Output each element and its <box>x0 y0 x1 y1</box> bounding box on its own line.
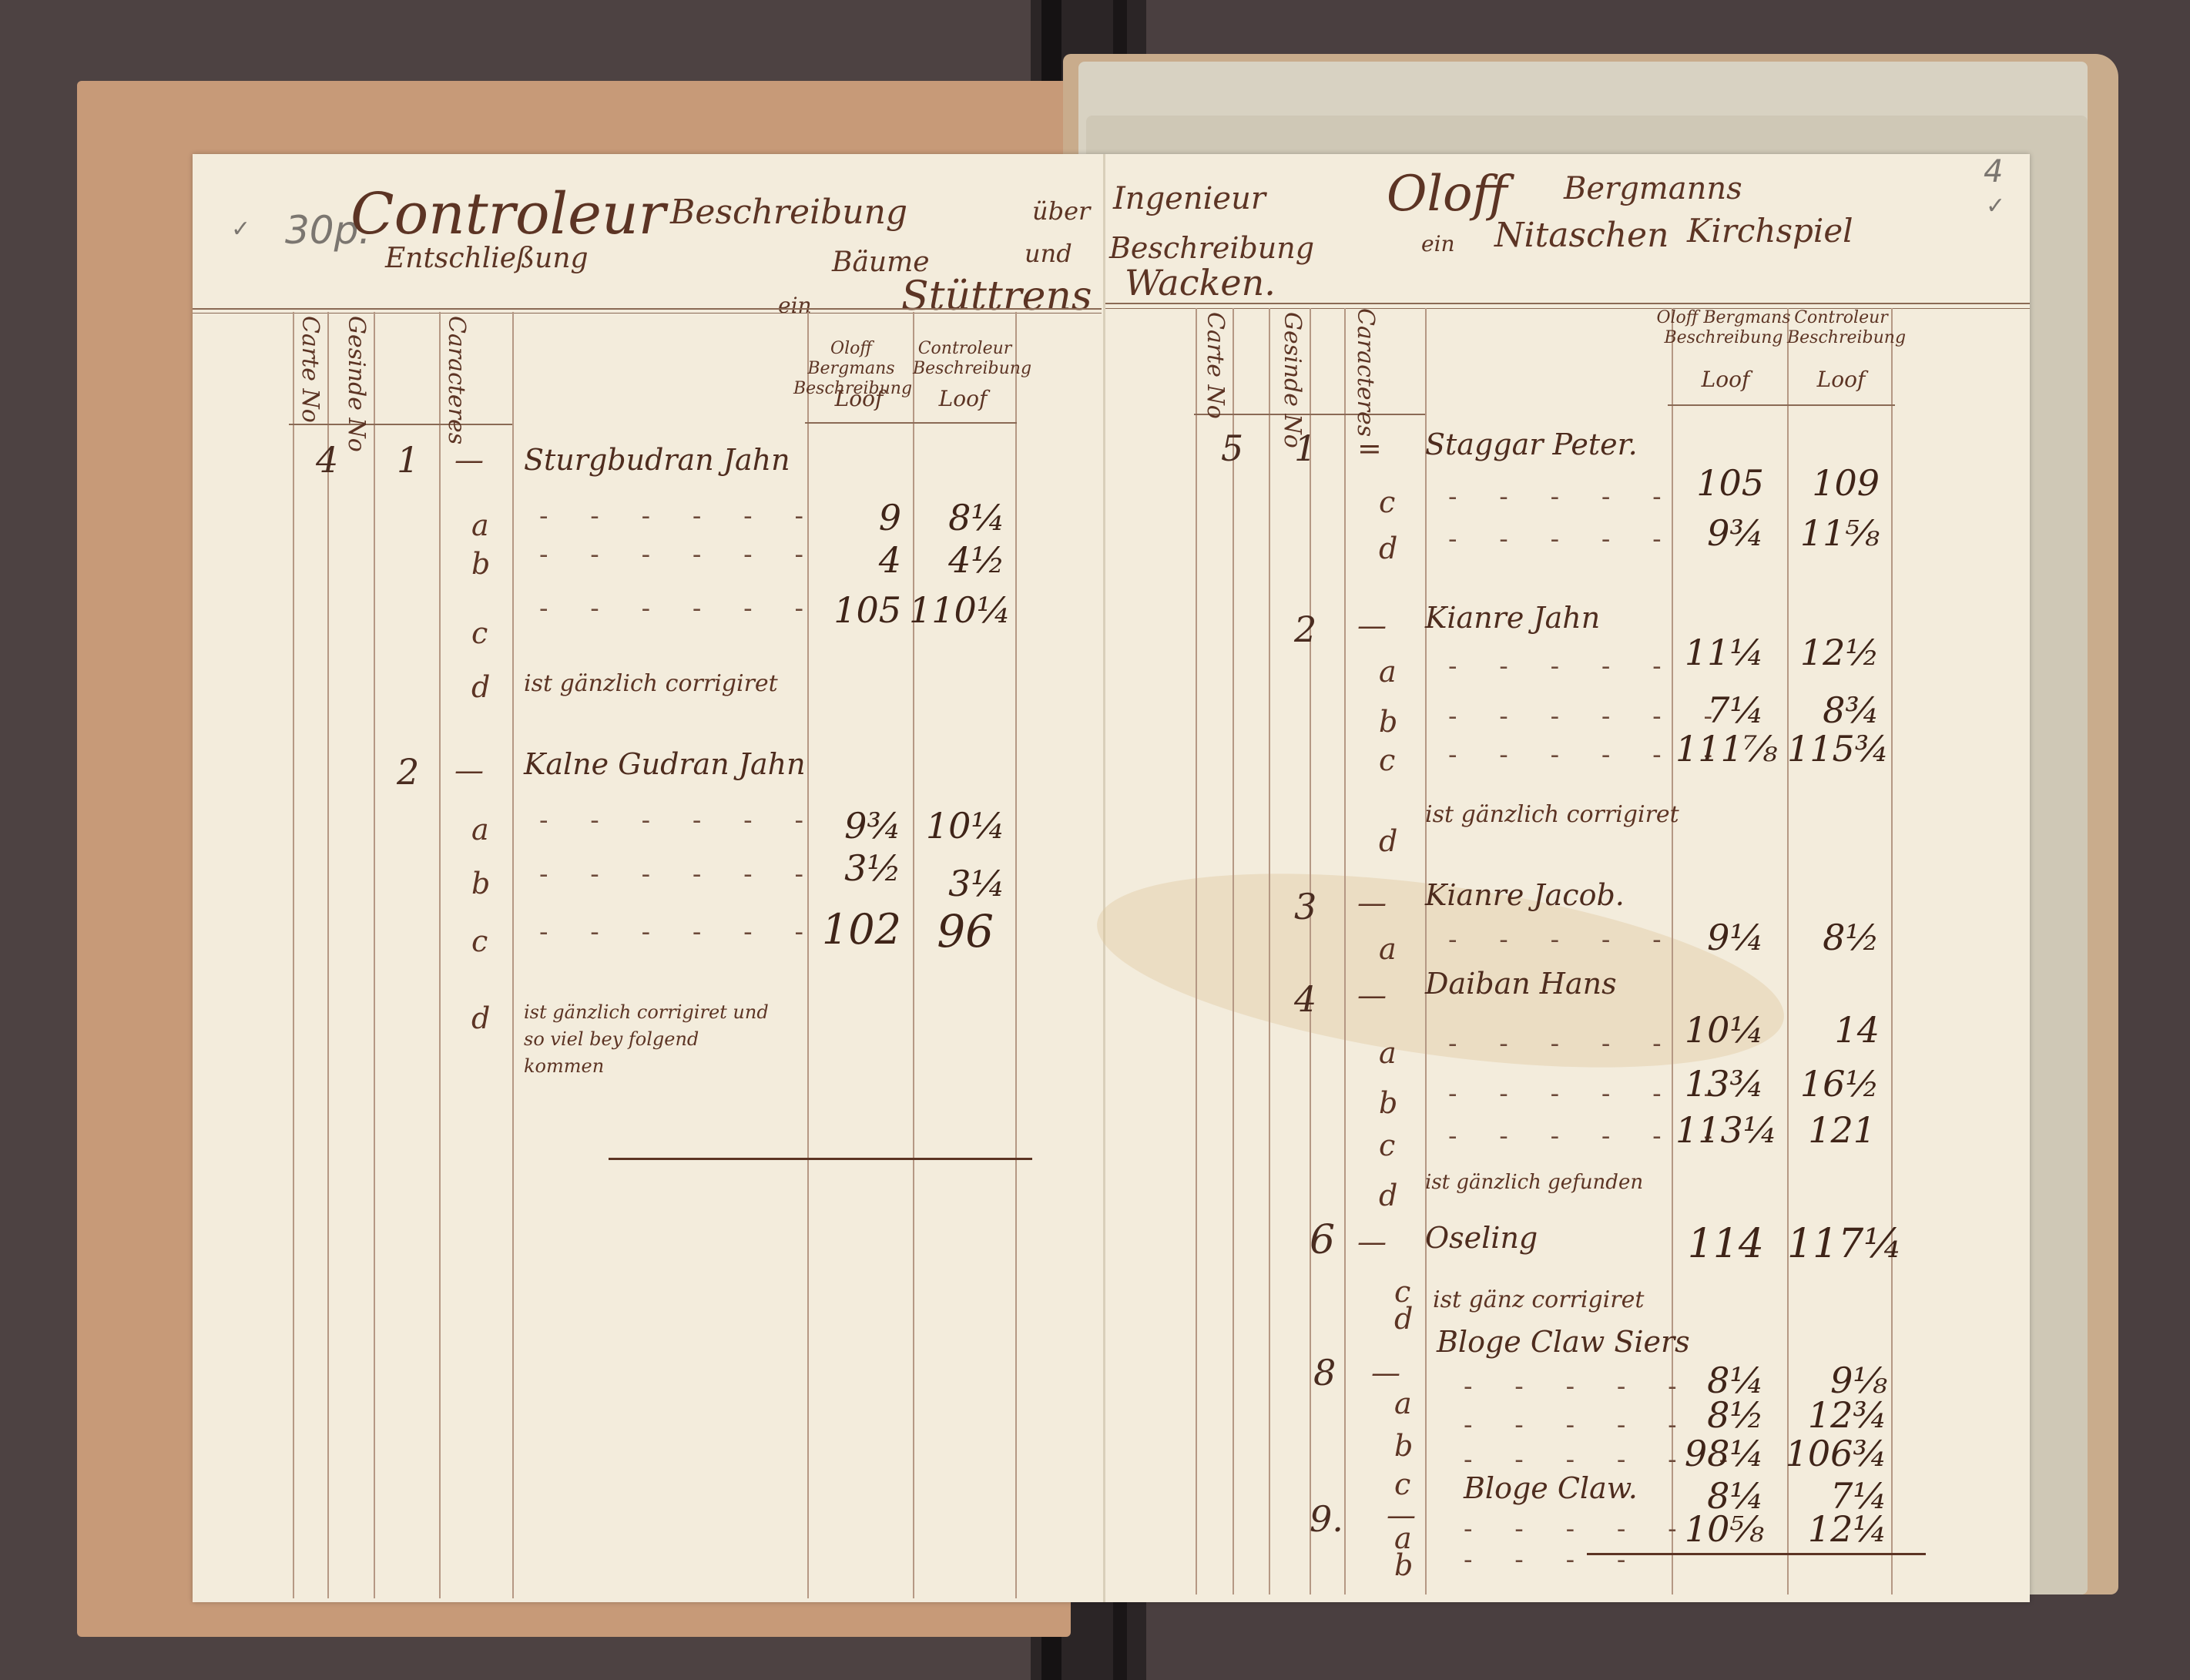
bergmann-value: 13¾ <box>1679 1063 1764 1105</box>
gesinde-no: 4 <box>1294 978 1316 1020</box>
header-caracteres: Caracteres <box>1352 308 1379 437</box>
title-word: Ingenieur <box>1113 181 1266 216</box>
title-word: Controleur <box>350 181 666 247</box>
controleur-value: 106¾ <box>1783 1433 1887 1474</box>
controleur-value: 8¾ <box>1795 689 1880 731</box>
caracter: a <box>1379 655 1397 689</box>
caracter: — <box>1357 1225 1387 1259</box>
caracter: d <box>471 670 490 704</box>
controleur-value: 8½ <box>1795 917 1880 958</box>
caracter: c <box>1379 485 1395 519</box>
caracter: b <box>1394 1548 1413 1582</box>
caracter: — <box>1357 978 1387 1012</box>
caracter: b <box>1379 705 1397 739</box>
caracter: — <box>454 443 484 477</box>
col-rule <box>327 312 329 1598</box>
header-caracteres: Caracteres <box>443 316 470 444</box>
gesinde-no: 3 <box>1294 886 1316 927</box>
controleur-value: 110¼ <box>909 589 1005 631</box>
caracter: c <box>1379 1128 1395 1162</box>
holder-name: Kalne Gudran Jahn <box>524 747 806 781</box>
col-rule <box>374 312 375 1598</box>
caracter: b <box>1394 1429 1413 1463</box>
bergmann-value: 9¼ <box>1679 917 1764 958</box>
caracter: b <box>471 547 490 581</box>
holder-name: Kianre Jahn <box>1425 601 1600 635</box>
caracter: — <box>454 753 484 787</box>
bergmann-value: 105 <box>801 589 901 631</box>
bergmann-value: 9¾ <box>1679 512 1764 554</box>
subheader-rule <box>1194 414 1425 415</box>
bergmann-value: 10¼ <box>1679 1009 1764 1051</box>
col-rule <box>1787 308 1789 1594</box>
col-rule <box>1015 312 1017 1598</box>
caracter: a <box>1379 932 1397 966</box>
col-rule <box>1344 308 1346 1594</box>
title-word: Nitaschen <box>1494 216 1668 255</box>
controleur-value: 12¾ <box>1795 1394 1887 1436</box>
bergmann-value: 9¾ <box>809 805 901 847</box>
gesinde-no: 9. <box>1310 1498 1343 1540</box>
title-word: Wacken. <box>1125 262 1276 303</box>
remark: ist gänz corrigiret <box>1433 1286 1644 1313</box>
col-rule <box>293 312 294 1598</box>
dash-leader: - - - - - - <box>539 805 820 836</box>
caracter: d <box>471 1001 490 1035</box>
title-word: Entschließung <box>385 243 589 274</box>
dash-leader: - - - - - - <box>539 917 820 947</box>
col-rule <box>913 312 914 1598</box>
title-word: über <box>1032 196 1090 226</box>
bergmann-value: 8½ <box>1679 1394 1764 1436</box>
dash-leader: - - - - - - <box>539 859 820 890</box>
caracter: d <box>1379 1179 1397 1212</box>
header-unit: Loof <box>1683 370 1768 390</box>
col-rule <box>439 312 441 1598</box>
pencil-folio-right: 4 <box>1984 154 2003 189</box>
pencil-check-right: ✓ <box>1986 193 2005 220</box>
title-word: Oloff <box>1387 166 1508 223</box>
holder-name: Bloge Claw Siers <box>1437 1325 1690 1359</box>
title-word: Bergmanns <box>1564 171 1742 206</box>
header-carte-no: Carte No <box>1202 312 1229 419</box>
header-rule-left-2 <box>193 313 1102 314</box>
caracter: d <box>1379 824 1397 858</box>
caracter: c <box>1394 1467 1410 1501</box>
controleur-value: 12½ <box>1795 632 1880 673</box>
col-rule <box>1196 308 1197 1594</box>
col-rule <box>1425 308 1427 1594</box>
bergmann-value: 98¼ <box>1672 1433 1764 1474</box>
gutter-fold <box>1103 154 1105 1602</box>
remark: ist gänzlich corrigiret <box>1425 801 1679 828</box>
carte-no: 5 <box>1221 428 1243 469</box>
caracter: c <box>471 616 488 650</box>
controleur-value: 4½ <box>917 539 1005 581</box>
holder-name: Daiban Hans <box>1425 967 1617 1001</box>
gesinde-no: 2 <box>397 751 419 793</box>
caracter: c <box>1379 743 1395 777</box>
caracter: — <box>1357 609 1387 642</box>
holder-name: Sturgbudran Jahn <box>524 443 790 477</box>
holder-name: Kianre Jacob. <box>1425 878 1625 912</box>
bergmann-value: 114 <box>1679 1221 1764 1267</box>
dash-leader: - - - - - <box>1464 1371 1694 1402</box>
title-word: Beschreibung <box>1109 231 1314 265</box>
dash-leader: - - - - - - <box>539 593 820 624</box>
caracter: b <box>471 867 490 900</box>
dash-leader: - - - - - - <box>539 501 820 531</box>
col-rule <box>1269 308 1270 1594</box>
header-unit: Loof <box>817 389 901 409</box>
controleur-value: 12¼ <box>1795 1508 1887 1550</box>
bergmann-value: 105 <box>1679 462 1764 504</box>
gesinde-no: 8 <box>1313 1352 1336 1393</box>
title-word: und <box>1025 239 1072 268</box>
controleur-value: 10¼ <box>917 805 1005 847</box>
dash-leader: - - - - - <box>1464 1514 1694 1544</box>
subheader-rule <box>1668 404 1895 406</box>
controleur-value: 115¾ <box>1787 728 1883 770</box>
bergmann-value: 3½ <box>809 847 901 889</box>
bergmann-value: 10⅝ <box>1672 1508 1764 1550</box>
header-carte-no: Carte No <box>297 316 324 423</box>
gesinde-no: 6 <box>1310 1217 1335 1263</box>
holder-name: Staggar Peter. <box>1425 428 1638 461</box>
controleur-value: 3¼ <box>917 863 1005 904</box>
col-rule <box>1891 308 1893 1594</box>
remark: ist gänzlich gefunden <box>1425 1171 1643 1194</box>
dash-leader: - - - - - <box>1448 924 1679 955</box>
dash-leader: - - - - - <box>1448 651 1679 682</box>
caracter: = <box>1357 431 1382 465</box>
caracter: — <box>1371 1356 1400 1390</box>
title-word: ein <box>1421 231 1455 257</box>
controleur-value: 16½ <box>1795 1063 1880 1105</box>
controleur-value: 117¼ <box>1787 1221 1883 1267</box>
pencil-check-left: ✓ <box>231 216 250 243</box>
col-rule <box>1310 308 1311 1594</box>
controleur-value: 14 <box>1795 1009 1880 1051</box>
col-rule <box>512 312 514 1598</box>
controleur-value: 96 <box>917 905 994 957</box>
gesinde-no: 1 <box>1294 428 1316 469</box>
caracter: a <box>1394 1387 1412 1420</box>
col-rule <box>1233 308 1234 1594</box>
header-controleur: Controleur Beschreibung <box>913 339 1017 379</box>
holder-name: Oseling <box>1425 1221 1538 1255</box>
caracter: a <box>1379 1036 1397 1070</box>
caracter: d <box>1394 1302 1413 1336</box>
bergmann-value: 7¼ <box>1679 689 1764 731</box>
bergmann-value: 9 <box>817 497 901 538</box>
closing-line <box>1587 1553 1926 1555</box>
remark: kommen <box>524 1055 604 1077</box>
caracter: b <box>1379 1086 1397 1120</box>
dash-leader: - - - - - <box>1448 524 1679 555</box>
gesinde-no: 2 <box>1294 609 1316 650</box>
dash-leader: - - - - - - <box>539 539 820 570</box>
title-word: Kirchspiel <box>1687 212 1853 250</box>
controleur-value: 11⅝ <box>1795 512 1880 554</box>
header-bergmann: Oloff Bergmans Beschreibung <box>1656 308 1791 348</box>
caracter: d <box>1379 531 1397 565</box>
header-rule-left <box>193 308 1102 310</box>
title-word: Beschreibung <box>670 193 907 232</box>
caracter: c <box>471 924 488 958</box>
subheader-rule <box>289 424 512 425</box>
header-rule-right <box>1105 303 2030 304</box>
caracter: — <box>1357 886 1387 920</box>
controleur-value: 121 <box>1787 1109 1876 1151</box>
dash-leader: - - - - - <box>1464 1410 1694 1440</box>
bergmann-value: 111⅞ <box>1675 728 1768 770</box>
bergmann-value: 4 <box>817 539 901 581</box>
caracter: a <box>471 508 489 542</box>
header-gesinde-no: Gesinde No <box>343 316 370 452</box>
header-controleur: Controleur Beschreibung <box>1787 308 1895 348</box>
controleur-value: 8¼ <box>917 497 1005 538</box>
dash-leader: - - - - - <box>1448 1028 1679 1059</box>
dash-leader: - - - - <box>1464 1544 1642 1575</box>
bergmann-value: 11¼ <box>1679 632 1764 673</box>
bergmann-value: 102 <box>801 905 901 954</box>
remark: ist gänzlich corrigiret <box>524 670 778 697</box>
subheader-rule <box>805 422 1017 424</box>
closing-line <box>609 1158 1032 1160</box>
bergmann-value: 113¼ <box>1675 1109 1768 1151</box>
header-unit: Loof <box>1799 370 1883 390</box>
gesinde-no: 1 <box>397 439 419 481</box>
dash-leader: - - - - - <box>1448 481 1679 512</box>
controleur-value: 109 <box>1795 462 1880 504</box>
carte-no: 4 <box>316 439 338 481</box>
remark: so viel bey folgend <box>524 1028 699 1050</box>
caracter: a <box>471 813 489 847</box>
holder-name: Bloge Claw. <box>1464 1471 1638 1505</box>
header-unit: Loof <box>921 389 1005 409</box>
remark: ist gänzlich corrigiret und <box>524 1001 769 1023</box>
